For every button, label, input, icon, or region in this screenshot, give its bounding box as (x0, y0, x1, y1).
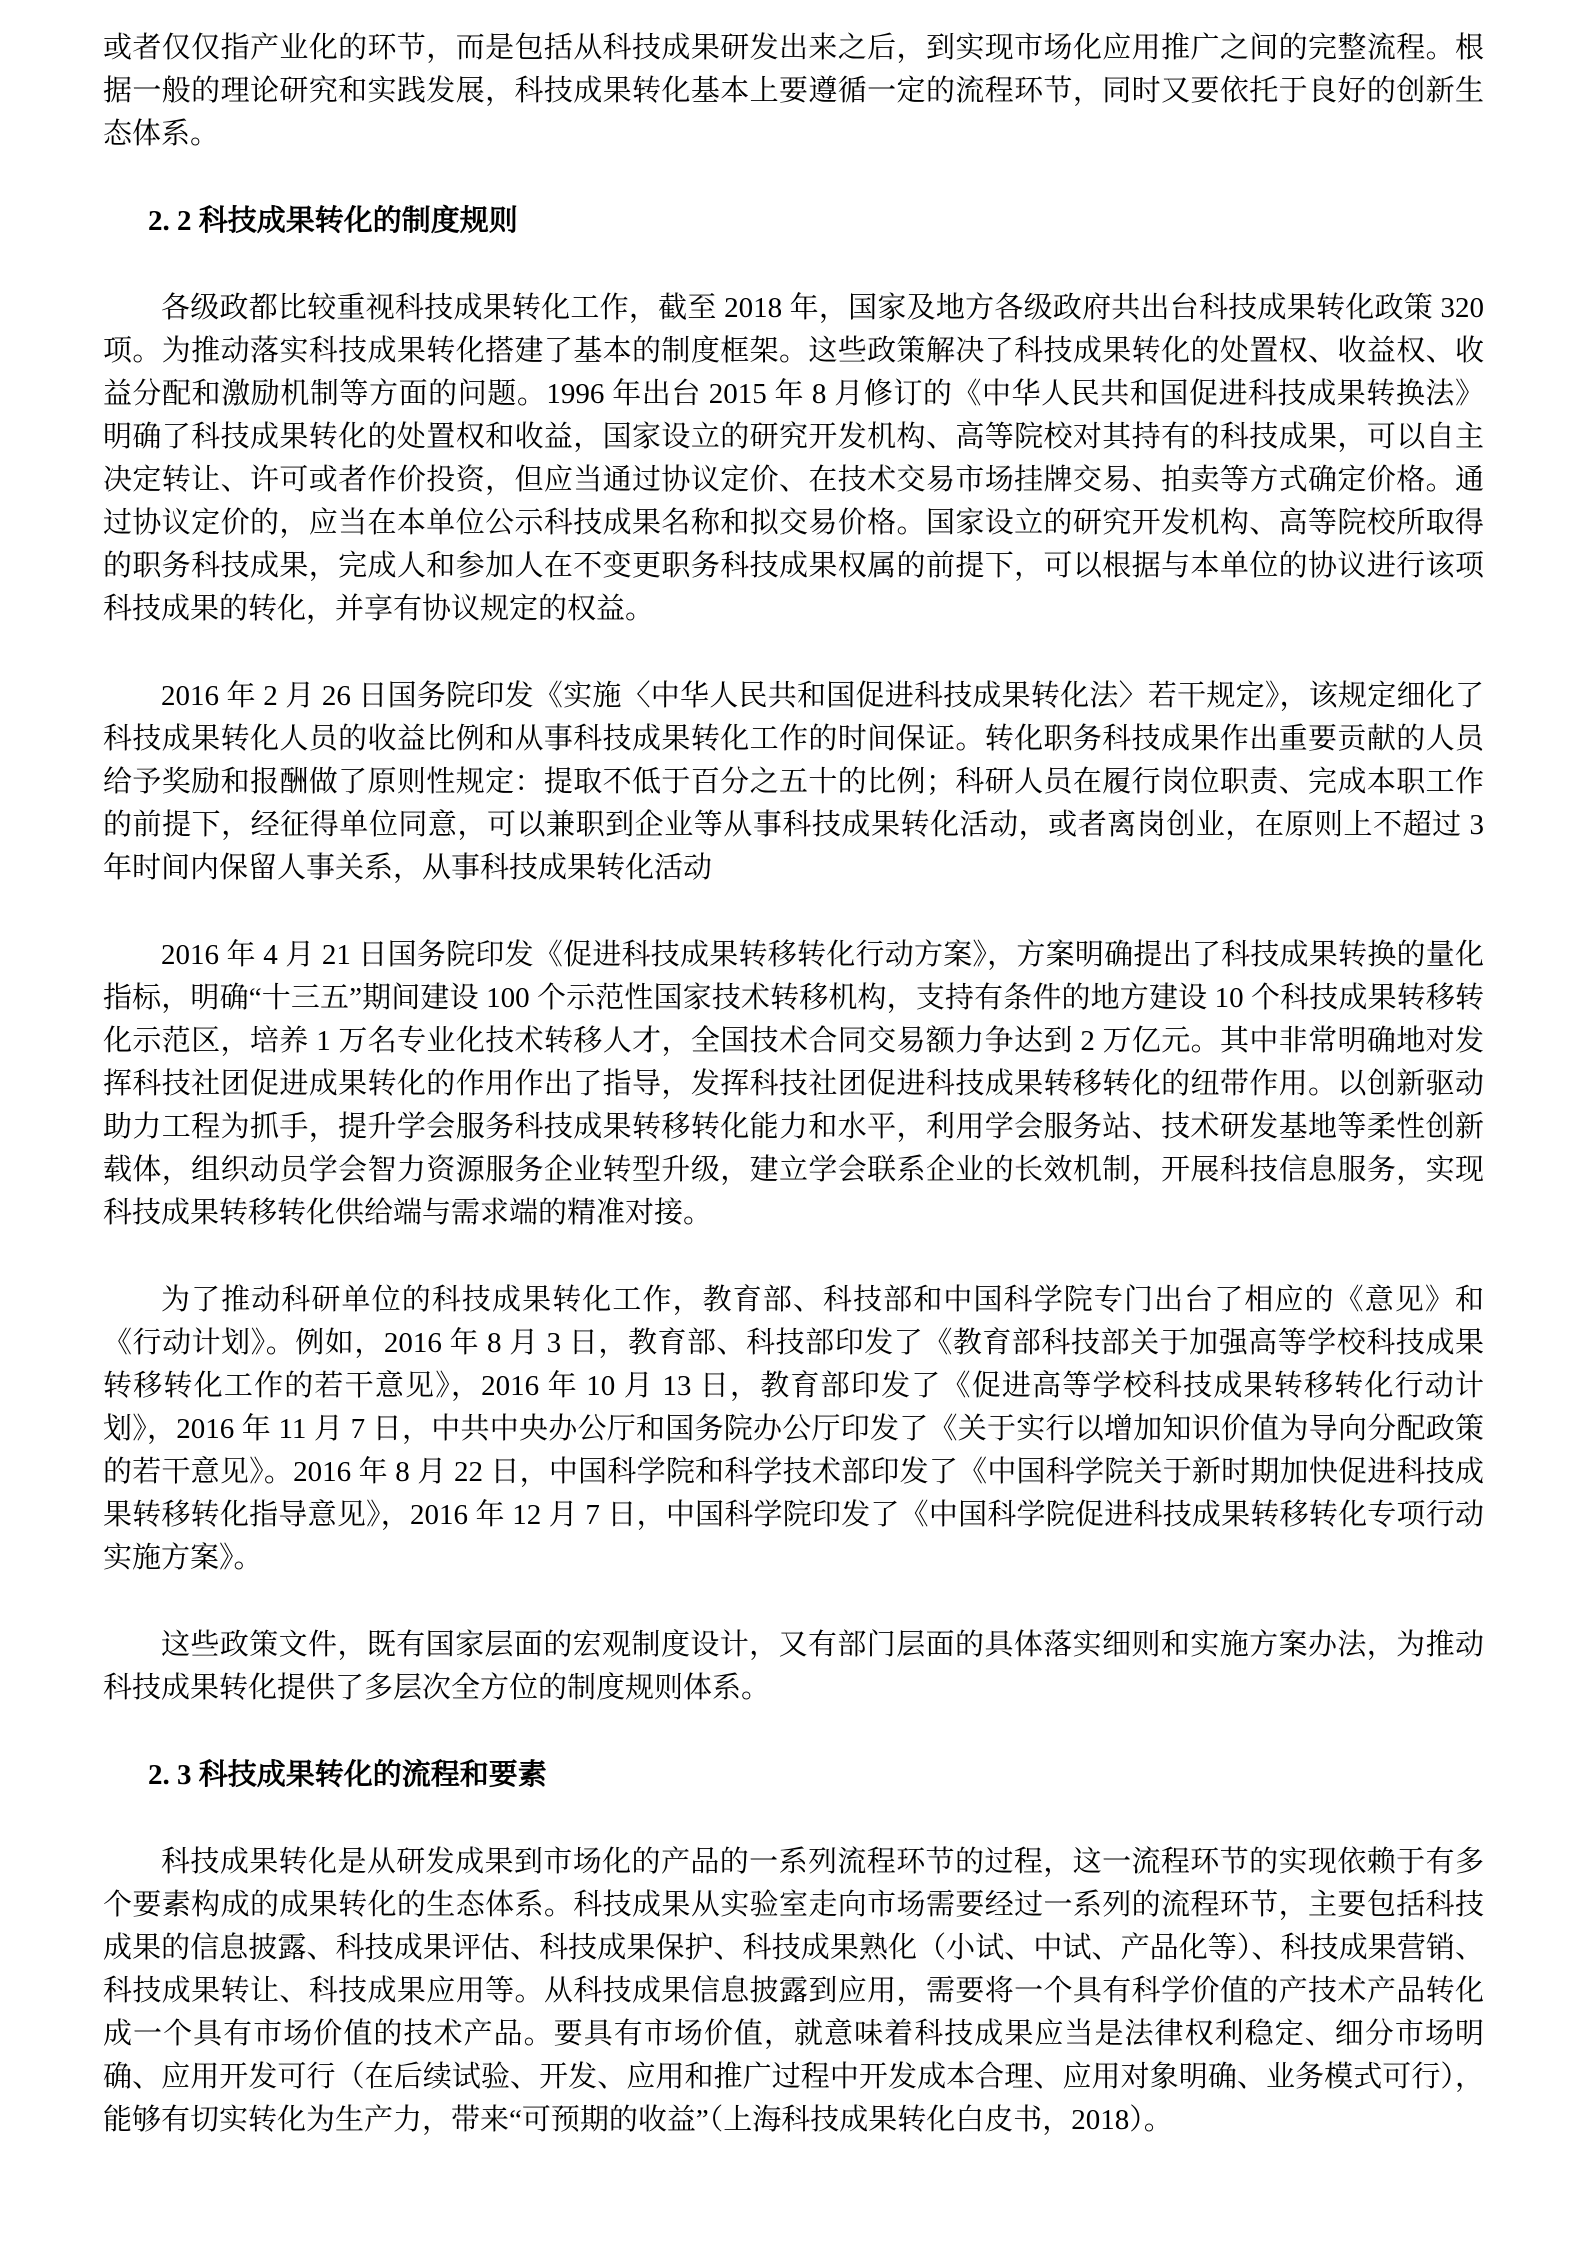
paragraph-policy-system-summary: 这些政策文件，既有国家层面的宏观制度设计，又有部门层面的具体落实细则和实施方案办… (103, 1624, 1484, 1710)
paragraph-state-council-2016-02-26: 2016 年 2 月 26 日国务院印发《实施〈中华人民共和国促进科技成果转化法… (103, 675, 1484, 890)
section-heading-2-2: 2. 2 科技成果转化的制度规则 (103, 200, 1484, 243)
document-page: 或者仅仅指产业化的环节，而是包括从科技成果研发出来之后，到实现市场化应用推广之间… (0, 0, 1587, 2245)
paragraph-state-council-2016-04-21: 2016 年 4 月 21 日国务院印发《促进科技成果转移转化行动方案》，方案明… (103, 934, 1484, 1235)
paragraph-ministry-documents: 为了推动科研单位的科技成果转化工作，教育部、科技部和中国科学院专门出台了相应的《… (103, 1279, 1484, 1580)
paragraph-continuation: 或者仅仅指产业化的环节，而是包括从科技成果研发出来之后，到实现市场化应用推广之间… (103, 27, 1484, 156)
paragraph-transformation-process: 科技成果转化是从研发成果到市场化的产品的一系列流程环节的过程，这一流程环节的实现… (103, 1841, 1484, 2142)
paragraph-policy-overview: 各级政都比较重视科技成果转化工作，截至 2018 年，国家及地方各级政府共出台科… (103, 287, 1484, 631)
section-heading-2-3: 2. 3 科技成果转化的流程和要素 (103, 1754, 1484, 1797)
